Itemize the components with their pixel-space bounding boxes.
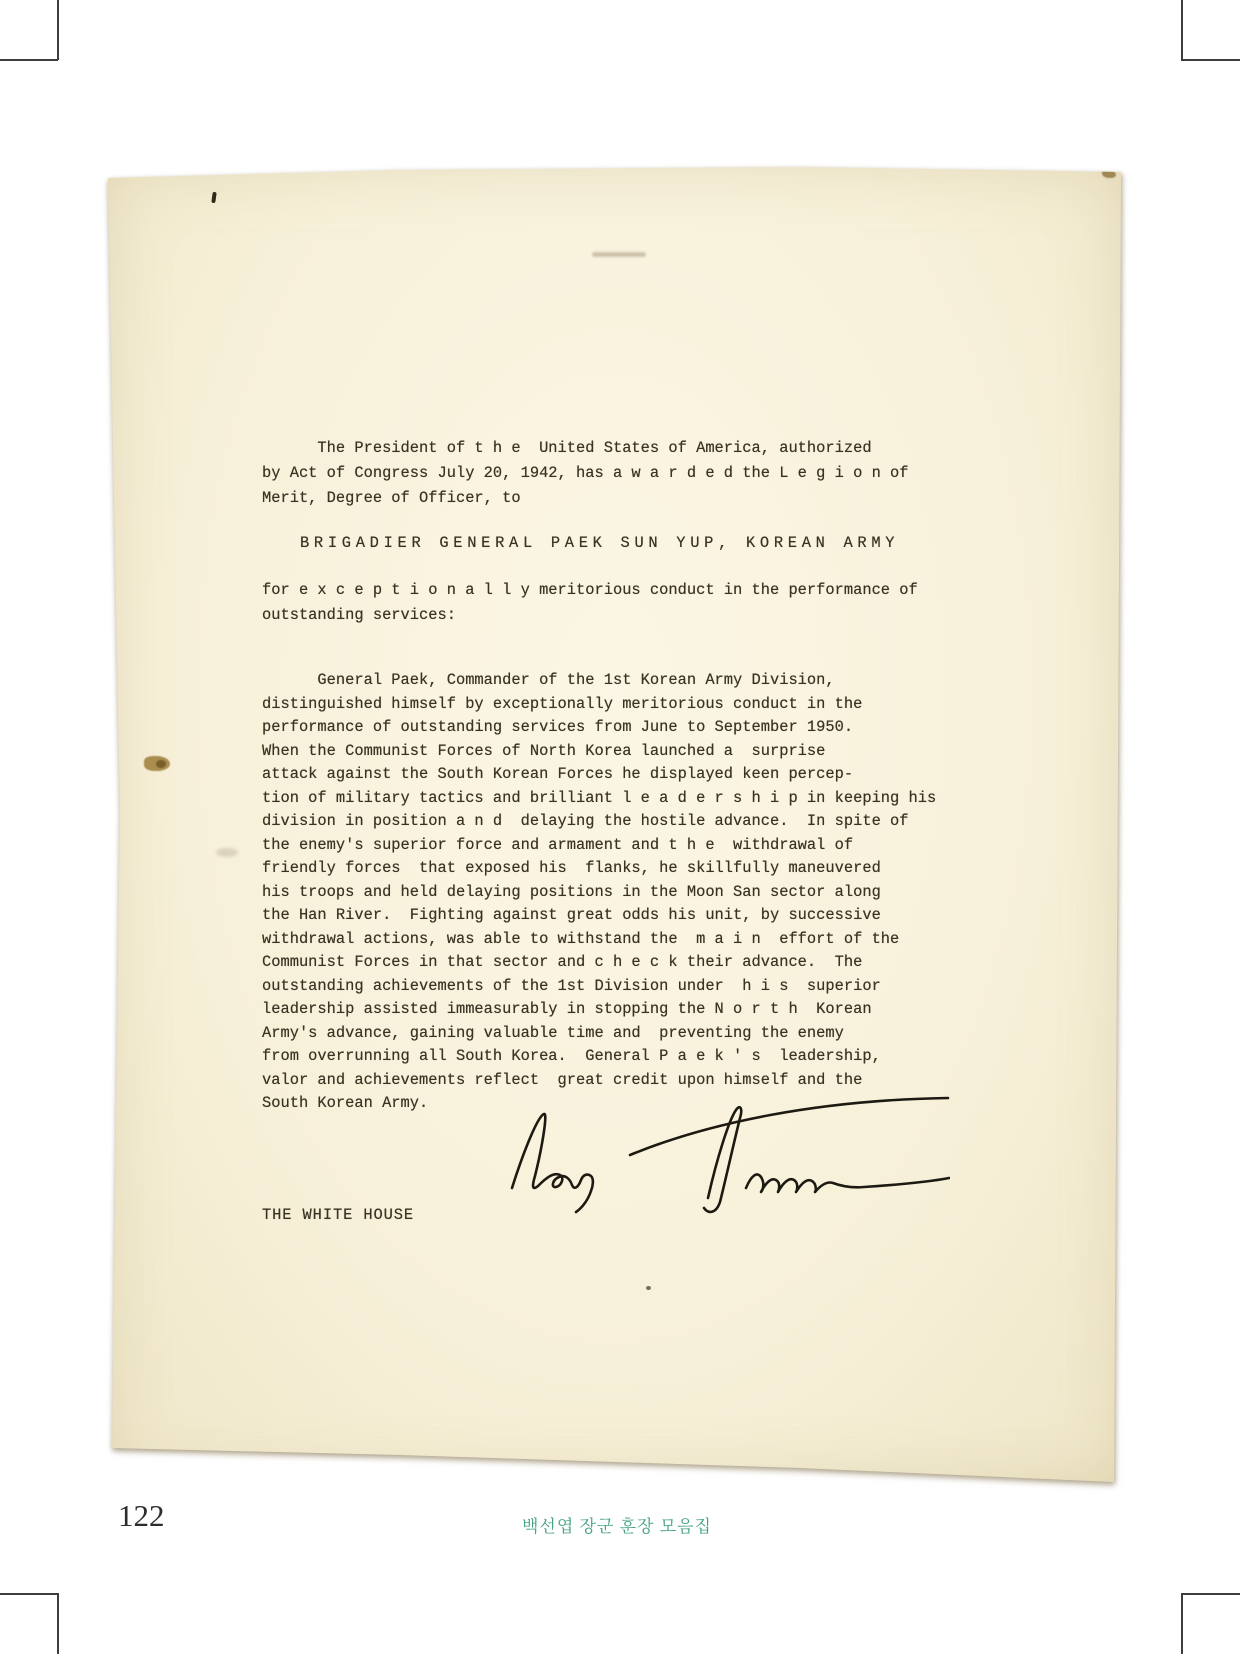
letter-line: for e x c e p t i o n a l l y meritoriou…: [262, 578, 918, 603]
letter-line: division in position a n d delaying the …: [262, 810, 936, 834]
letter-line: The President of t h e United States of …: [262, 436, 909, 461]
letter-body-paragraph: General Paek, Commander of the 1st Korea…: [262, 669, 936, 1116]
letter-closing: THE WHITE HOUSE: [262, 1203, 414, 1228]
letter-line: friendly forces that exposed his flanks,…: [262, 857, 936, 881]
letter-line: outstanding achievements of the 1st Divi…: [262, 975, 936, 999]
book-page: The President of t h e United States of …: [0, 0, 1240, 1654]
faint-smudge: [592, 252, 646, 257]
letter-line: withdrawal actions, was able to withstan…: [262, 928, 936, 952]
letter-line: from overrunning all South Korea. Genera…: [262, 1045, 936, 1069]
letter-line: distinguished himself by exceptionally m…: [262, 693, 936, 717]
truman-signature: [500, 1090, 950, 1215]
letter-line: the Han River. Fighting against great od…: [262, 904, 936, 928]
letter-line: General Paek, Commander of the 1st Korea…: [262, 669, 936, 693]
crop-mark-top-right: [1181, 59, 1240, 61]
letter-line: the enemy's superior force and armament …: [262, 834, 936, 858]
letter-opening-paragraph: The President of t h e United States of …: [262, 436, 909, 511]
letter-line: Merit, Degree of Officer, to: [262, 486, 909, 511]
footer-caption: 백선엽 장군 훈장 모음집: [522, 1512, 712, 1537]
crop-mark-top-right: [1181, 0, 1183, 60]
crop-mark-bottom-left: [0, 1593, 58, 1595]
paper-speck: [646, 1286, 651, 1290]
ink-mark: [211, 192, 216, 203]
letter-line: outstanding services:: [262, 603, 918, 628]
letter-line: leadership assisted immeasurably in stop…: [262, 998, 936, 1022]
paper-smudge: [216, 848, 238, 857]
letter-line: by Act of Congress July 20, 1942, has a …: [262, 461, 909, 486]
crop-mark-bottom-right: [1181, 1593, 1183, 1654]
letter-recipient-line: BRIGADIER GENERAL PAEK SUN YUP, KOREAN A…: [300, 531, 899, 556]
letter-citation-intro: for e x c e p t i o n a l l y meritoriou…: [262, 578, 918, 628]
letter-line: Communist Forces in that sector and c h …: [262, 951, 936, 975]
letter-line: attack against the South Korean Forces h…: [262, 763, 936, 787]
crop-mark-top-left: [0, 59, 58, 61]
letter-line: Army's advance, gaining valuable time an…: [262, 1022, 936, 1046]
letter-line: When the Communist Forces of North Korea…: [262, 740, 936, 764]
letter-line: his troops and held delaying positions i…: [262, 881, 936, 905]
page-number: 122: [118, 1498, 165, 1534]
corner-stain: [1102, 170, 1116, 178]
letter-line: tion of military tactics and brilliant l…: [262, 787, 936, 811]
paper-stain: [156, 760, 166, 768]
letter-line: performance of outstanding services from…: [262, 716, 936, 740]
crop-mark-top-left: [57, 0, 59, 60]
letter-line: valor and achievements reflect great cre…: [262, 1069, 936, 1093]
crop-mark-bottom-right: [1181, 1593, 1240, 1595]
crop-mark-bottom-left: [57, 1593, 59, 1654]
